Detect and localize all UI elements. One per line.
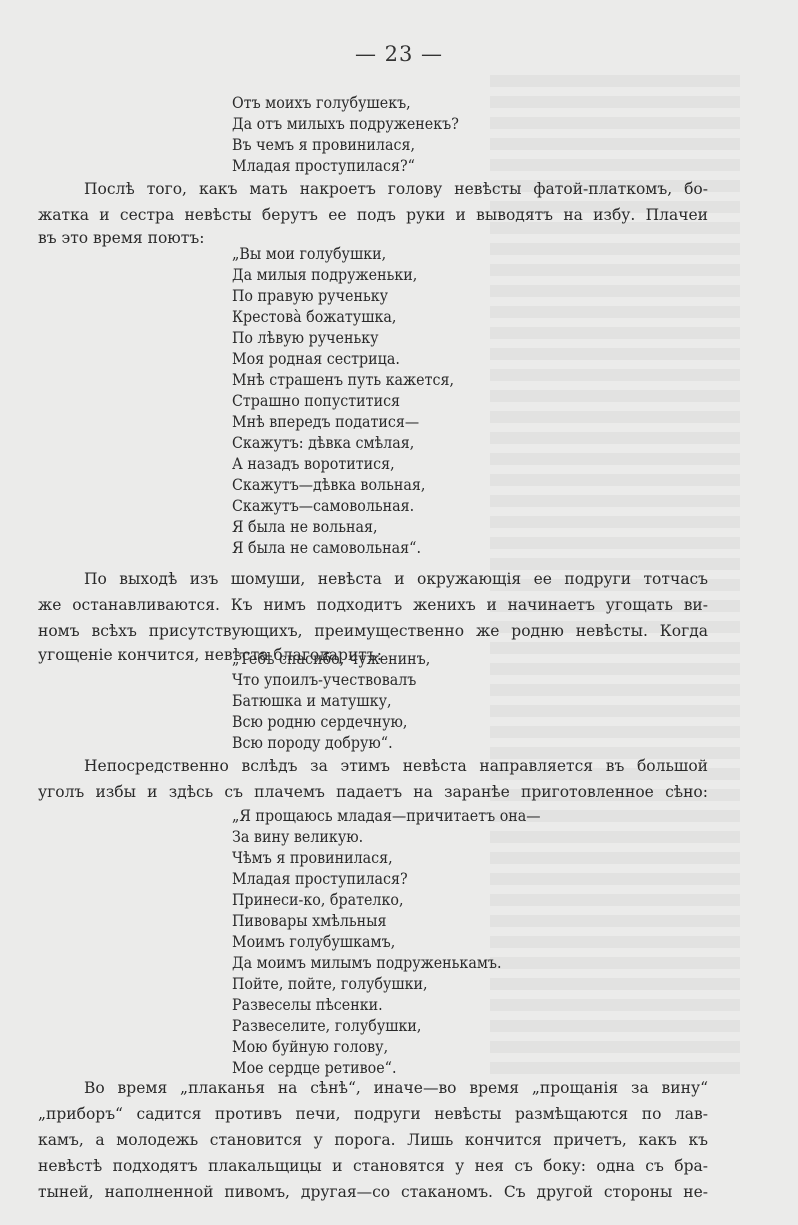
verse-line: Скажутъ: дѣвка смѣлая, — [232, 433, 454, 454]
verse-line: „Тебѣ спасибо, чуженинъ, — [232, 649, 430, 670]
page-number: — 23 — — [0, 42, 798, 66]
verse-block-3: „Тебѣ спасибо, чуженинъ, Что упоилъ-учес… — [232, 649, 448, 754]
text-line: невѣстѣ подходятъ плакальщицы и становят… — [38, 1153, 708, 1179]
verse-line: Младая проступилася?“ — [232, 156, 459, 177]
text-line: жатка и сестра невѣсты берутъ ее подъ ру… — [38, 202, 708, 228]
text-line: камъ, а молодежь становится у порога. Ли… — [38, 1127, 708, 1153]
verse-line: Я была не самовольная“. — [232, 538, 454, 559]
text-line: По выходѣ изъ шомуши, невѣста и окружающ… — [38, 566, 708, 592]
verse-line: А назадъ воротитися, — [232, 454, 454, 475]
verse-block-1: Отъ моихъ голубушекъ, Да отъ милыхъ подр… — [232, 93, 479, 177]
verse-line: Всю родню сердечную, — [232, 712, 430, 733]
verse-line: Да милыя подруженьки, — [232, 265, 454, 286]
verse-line: Развеселы пѣсенки. — [232, 995, 541, 1016]
verse-line: Принеси-ко, брателко, — [232, 890, 541, 911]
verse-line: Моя родная сестрица. — [232, 349, 454, 370]
paragraph-4: Во время „плаканья на сѣнѣ“, иначе—во вр… — [38, 1075, 708, 1205]
paragraph-1: Послѣ того, какъ мать накроетъ голову не… — [38, 176, 708, 248]
book-page: — 23 — Отъ моихъ голубушекъ, Да отъ милы… — [0, 0, 798, 1225]
text-line: „приборъ“ садится противъ печи, подруги … — [38, 1101, 708, 1127]
verse-line: Въ чемъ я провинилася, — [232, 135, 459, 156]
verse-line: За вину великую. — [232, 827, 541, 848]
verse-line: Чѣмъ я провинилася, — [232, 848, 541, 869]
text-line: же останавливаются. Къ нимъ подходитъ же… — [38, 592, 708, 618]
verse-line: Страшно попуститися — [232, 391, 454, 412]
verse-line: Мнѣ впередъ податися— — [232, 412, 454, 433]
verse-line: Развеселите, голубушки, — [232, 1016, 541, 1037]
verse-line: По правую рученьку — [232, 286, 454, 307]
text-line: Послѣ того, какъ мать накроетъ голову не… — [38, 176, 708, 202]
verse-line: Пивовары хмѣльныя — [232, 911, 541, 932]
verse-line: Скажутъ—дѣвка вольная, — [232, 475, 454, 496]
verse-line: По лѣвую рученьку — [232, 328, 454, 349]
verse-block-2: „Вы мои голубушки, Да милыя подруженьки,… — [232, 244, 473, 559]
verse-line: Пойте, пойте, голубушки, — [232, 974, 541, 995]
text-line: уголъ избы и здѣсь съ плачемъ падаетъ на… — [38, 779, 708, 805]
text-line: номъ всѣхъ присутствующихъ, преимуществе… — [38, 618, 708, 644]
verse-line: „Я прощаюсь младая—причитаетъ она— — [232, 806, 541, 827]
verse-line: Батюшка и матушку, — [232, 691, 430, 712]
verse-block-4: „Я прощаюсь младая—причитаетъ она— За ви… — [232, 806, 567, 1079]
verse-line: Младая проступилася? — [232, 869, 541, 890]
paragraph-3: Непосредственно вслѣдъ за этимъ невѣста … — [38, 753, 708, 805]
verse-line: „Вы мои голубушки, — [232, 244, 454, 265]
text-line: Во время „плаканья на сѣнѣ“, иначе—во вр… — [38, 1075, 708, 1101]
verse-line: Я была не вольная, — [232, 517, 454, 538]
verse-line: Что упоилъ-учествовалъ — [232, 670, 430, 691]
verse-line: Крестовà божатушка, — [232, 307, 454, 328]
verse-line: Всю породу добрую“. — [232, 733, 430, 754]
text-line: Непосредственно вслѣдъ за этимъ невѣста … — [38, 753, 708, 779]
verse-line: Да моимъ милымъ подруженькамъ. — [232, 953, 541, 974]
verse-line: Да отъ милыхъ подруженекъ? — [232, 114, 459, 135]
verse-line: Моимъ голубушкамъ, — [232, 932, 541, 953]
verse-line: Отъ моихъ голубушекъ, — [232, 93, 459, 114]
verse-line: Скажутъ—самовольная. — [232, 496, 454, 517]
verse-line: Мою буйную голову, — [232, 1037, 541, 1058]
text-line: тыней, наполненной пивомъ, другая—со ста… — [38, 1179, 708, 1205]
verse-line: Мнѣ страшенъ путь кажется, — [232, 370, 454, 391]
